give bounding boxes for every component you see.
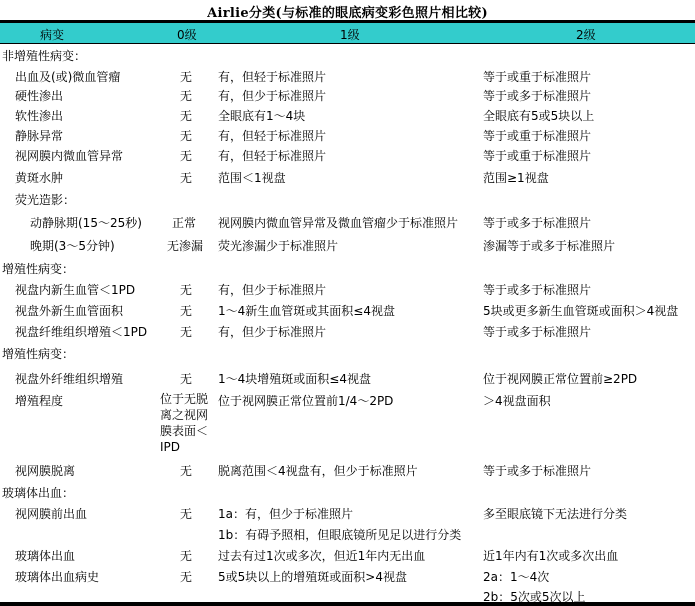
- grade0-cell: 正常: [172, 214, 196, 231]
- grade1-cell: 有，但轻于标准照片: [218, 147, 326, 164]
- header-grade1: 1级: [340, 26, 360, 43]
- section-label: 增殖性病变：: [2, 260, 74, 277]
- lesion-cell: 晚期(3～5分钟): [30, 237, 115, 254]
- header-grade0: 0级: [177, 26, 197, 43]
- lesion-cell: 视盘外纤维组织增殖: [15, 370, 123, 387]
- grade0-cell: 无: [180, 462, 192, 479]
- grade1-cell: 范围＜1视盘: [218, 169, 286, 186]
- table-row: 1b：有碍予照相，但眼底镜所见足以进行分类: [0, 524, 695, 543]
- table-header: 病变 0级 1级 2级: [0, 23, 695, 44]
- grade1-cell: 1b：有碍予照相，但眼底镜所见足以进行分类: [218, 526, 461, 543]
- grade1-cell: 荧光渗漏少于标准照片: [218, 237, 338, 254]
- grade2-cell: 范围≥1视盘: [483, 169, 549, 186]
- table-row: 视网膜前出血 无 1a：有，但少于标准照片 多至眼底镜下无法进行分类: [0, 503, 695, 522]
- grade0-cell: 无: [180, 547, 192, 564]
- section-row: 非增殖性病变：: [0, 45, 695, 64]
- table-row: 视网膜内微血管异常 无 有，但轻于标准照片 等于或重于标准照片: [0, 145, 695, 164]
- grade1-cell: 有，但少于标准照片: [218, 323, 326, 340]
- grade1-cell: 有，但轻于标准照片: [218, 127, 326, 144]
- grade0-cell: 无: [180, 127, 192, 144]
- grade1-cell: 过去有过1次或多次，但近1年内无出血: [218, 547, 425, 564]
- grade2-cell: 5块或更多新生血管斑或面积＞4视盘: [483, 302, 678, 319]
- lesion-cell: 静脉异常: [15, 127, 63, 144]
- lesion-cell: 玻璃体出血: [15, 547, 75, 564]
- grade2-cell: 多至眼底镜下无法进行分类: [483, 505, 627, 522]
- section-row: 增殖性病变：: [0, 343, 695, 362]
- lesion-cell: 视网膜前出血: [15, 505, 87, 522]
- table-row: 动静脉期(15～25秒) 正常 视网膜内微血管异常及微血管瘤少于标准照片 等于或…: [0, 212, 695, 231]
- lesion-cell: 玻璃体出血病史: [15, 568, 99, 585]
- table-row: 黄斑水肿 无 范围＜1视盘 范围≥1视盘: [0, 167, 695, 186]
- lesion-cell: 硬性渗出: [15, 87, 63, 104]
- header-lesion: 病变: [40, 26, 64, 43]
- lesion-cell: 视盘内新生血管＜1PD: [15, 281, 135, 298]
- grade1-cell: 有，但轻于标准照片: [218, 68, 326, 85]
- lesion-cell: 视网膜脱离: [15, 462, 75, 479]
- grade2-cell: 等于或多于标准照片: [483, 87, 591, 104]
- grade2-cell: 渗漏等于或多于标准照片: [483, 237, 615, 254]
- table-title: Airlie分类(与标准的眼底病变彩色照片相比较): [0, 2, 695, 21]
- grade2-cell: 等于或多于标准照片: [483, 323, 591, 340]
- grade2-cell: 等于或重于标准照片: [483, 147, 591, 164]
- section-row: 增殖性病变：: [0, 258, 695, 277]
- table-row: 出血及(或)微血管瘤 无 有，但轻于标准照片 等于或重于标准照片: [0, 66, 695, 85]
- section-label: 增殖性病变：: [2, 345, 74, 362]
- table-row: 硬性渗出 无 有，但少于标准照片 等于或多于标准照片: [0, 85, 695, 104]
- grade2-cell: 等于或多于标准照片: [483, 462, 591, 479]
- table-row: 静脉异常 无 有，但轻于标准照片 等于或重于标准照片: [0, 125, 695, 144]
- lesion-cell: 出血及(或)微血管瘤: [15, 68, 120, 85]
- grade2-cell: 近1年内有1次或多次出血: [483, 547, 618, 564]
- grade0-cell: 无: [180, 323, 192, 340]
- lesion-cell: 增殖程度: [15, 392, 63, 409]
- lesion-cell: 视盘纤维组织增殖＜1PD: [15, 323, 147, 340]
- grade0-cell: 位于无脱离之视网膜表面＜IPD: [160, 391, 212, 455]
- grade1-cell: 1～4新生血管斑或其面积≤4视盘: [218, 302, 395, 319]
- lesion-cell: 动静脉期(15～25秒): [30, 214, 142, 231]
- grade2-cell: 位于视网膜正常位置前≥2PD: [483, 370, 637, 387]
- table-row: 晚期(3～5分钟) 无渗漏 荧光渗漏少于标准照片 渗漏等于或多于标准照片: [0, 235, 695, 254]
- grade2-cell: 等于或多于标准照片: [483, 281, 591, 298]
- grade1-cell: 有，但少于标准照片: [218, 281, 326, 298]
- grade0-cell: 无: [180, 147, 192, 164]
- grade0-cell: 无: [180, 87, 192, 104]
- header-grade2: 2级: [576, 26, 596, 43]
- section-label: 玻璃体出血：: [2, 484, 74, 501]
- grade2-cell: 2a：1～4次: [483, 568, 549, 585]
- table-row: 视盘纤维组织增殖＜1PD 无 有，但少于标准照片 等于或多于标准照片: [0, 321, 695, 340]
- table-row: 玻璃体出血病史 无 5或5块以上的增殖斑或面积>4视盘 2a：1～4次: [0, 566, 695, 585]
- grade2-cell: 等于或重于标准照片: [483, 68, 591, 85]
- subsection-row: 荧光造影：: [0, 189, 695, 208]
- grade1-cell: 5或5块以上的增殖斑或面积>4视盘: [218, 568, 407, 585]
- grade0-cell: 无: [180, 169, 192, 186]
- table-row: 视盘外纤维组织增殖 无 1～4块增殖斑或面积≤4视盘 位于视网膜正常位置前≥2P…: [0, 368, 695, 387]
- grade2-cell: ＞4视盘面积: [483, 392, 551, 409]
- table-row: 玻璃体出血 无 过去有过1次或多次，但近1年内无出血 近1年内有1次或多次出血: [0, 545, 695, 564]
- section-row: 玻璃体出血：: [0, 482, 695, 501]
- grade1-cell: 视网膜内微血管异常及微血管瘤少于标准照片: [218, 214, 458, 231]
- grade1-cell: 位于视网膜正常位置前1/4～2PD: [218, 392, 393, 409]
- grade1-cell: 脱离范围＜4视盘有，但少于标准照片: [218, 462, 418, 479]
- grade0-cell: 无: [180, 505, 192, 522]
- bottom-rule: [0, 602, 695, 606]
- grade0-cell: 无: [180, 568, 192, 585]
- lesion-cell: 软性渗出: [15, 107, 63, 124]
- grade2-cell: 全眼底有5或5块以上: [483, 107, 594, 124]
- subsection-label: 荧光造影：: [15, 191, 75, 208]
- table-row: 视网膜脱离 无 脱离范围＜4视盘有，但少于标准照片 等于或多于标准照片: [0, 460, 695, 479]
- table-row: 视盘内新生血管＜1PD 无 有，但少于标准照片 等于或多于标准照片: [0, 279, 695, 298]
- grade1-cell: 有，但少于标准照片: [218, 87, 326, 104]
- grade2-cell: 等于或多于标准照片: [483, 214, 591, 231]
- lesion-cell: 视盘外新生血管面积: [15, 302, 123, 319]
- grade0-cell: 无: [180, 302, 192, 319]
- grade1-cell: 全眼底有1～4块: [218, 107, 305, 124]
- grade0-cell: 无: [180, 370, 192, 387]
- grade1-cell: 1a：有，但少于标准照片: [218, 505, 353, 522]
- table-row: 增殖程度 位于无脱离之视网膜表面＜IPD 位于视网膜正常位置前1/4～2PD ＞…: [0, 390, 695, 460]
- grade0-cell: 无: [180, 107, 192, 124]
- lesion-cell: 视网膜内微血管异常: [15, 147, 123, 164]
- grade0-cell: 无渗漏: [167, 237, 203, 254]
- section-label: 非增殖性病变：: [2, 47, 86, 64]
- table-row: 视盘外新生血管面积 无 1～4新生血管斑或其面积≤4视盘 5块或更多新生血管斑或…: [0, 300, 695, 319]
- grade2-cell: 等于或重于标准照片: [483, 127, 591, 144]
- lesion-cell: 黄斑水肿: [15, 169, 63, 186]
- grade0-cell: 无: [180, 281, 192, 298]
- grade0-cell: 无: [180, 68, 192, 85]
- grade1-cell: 1～4块增殖斑或面积≤4视盘: [218, 370, 371, 387]
- table-row: 软性渗出 无 全眼底有1～4块 全眼底有5或5块以上: [0, 105, 695, 124]
